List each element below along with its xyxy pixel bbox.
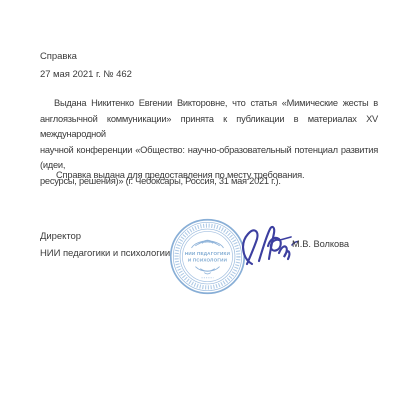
director-title: Директор — [40, 228, 170, 245]
stamp-text-line-1: НИИ ПЕДАГОГИКИ — [185, 251, 230, 256]
paragraph1-line-2: англоязычной коммуникации» принята к пуб… — [40, 112, 378, 143]
signature-block: Директор НИИ педагогики и психологии — [40, 228, 170, 262]
official-stamp-icon: НИИ ПЕДАГОГИКИ И ПСИХОЛОГИИ — [168, 217, 247, 296]
signer-name: М.В. Волкова — [292, 239, 349, 249]
body-paragraph-2: Справка выдана для предоставления по мес… — [40, 170, 378, 180]
certificate-title: Справка — [40, 51, 77, 62]
date-number-line: 27 мая 2021 г. № 462 — [40, 69, 132, 80]
certificate-page: Справка 27 мая 2021 г. № 462 Выдана Ники… — [0, 0, 419, 419]
paragraph1-line-1: Выдана Никитенко Евгении Викторовне, что… — [40, 96, 378, 112]
signature-icon — [238, 216, 298, 272]
stamp-text-line-2: И ПСИХОЛОГИИ — [188, 257, 227, 262]
institute-name: НИИ педагогики и психологии — [40, 245, 170, 262]
